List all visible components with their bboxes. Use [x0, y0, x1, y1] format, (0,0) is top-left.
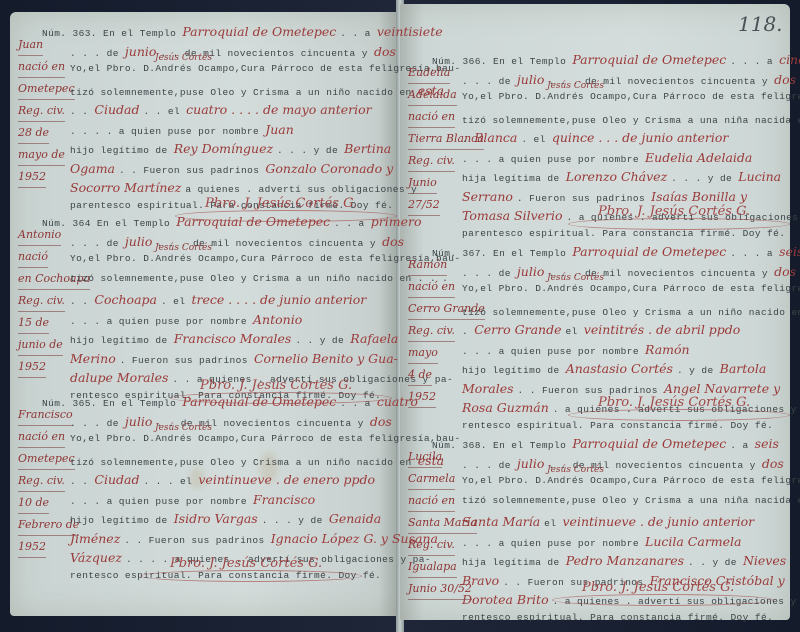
typed-text: hijo legítimo de	[462, 365, 566, 376]
entry-line: . Cerro Grande el veintitrés . de abril …	[462, 322, 740, 337]
entry-line: Yo,el Pbro. D.Andrés Ocampo,Cura Párroco…	[70, 253, 460, 264]
handwritten-field: Gonzalo Coronado y	[265, 161, 393, 176]
margin-note: 1952	[18, 356, 46, 378]
entry-line: tizó solemnemente,puse Oleo y Crisma a u…	[462, 303, 800, 318]
priest-signature: Pbro. J. Jesús Cortés G.	[200, 378, 352, 393]
entry-line: . . . de julio . . . de mil novecientos …	[462, 264, 796, 279]
margin-note: nació	[18, 246, 48, 268]
entry-line: . . . a quien puse por nombre Lucila Car…	[462, 534, 742, 549]
margin-note: Ometepec	[18, 78, 75, 100]
margin-note: Reg. civ.	[18, 100, 65, 122]
typed-text: . . . a quien puse por nombre	[462, 346, 645, 357]
page-number: 118.	[738, 12, 783, 36]
handwritten-field: julio	[517, 264, 548, 279]
margin-notes: EudeliaAdelaidanació enTierra BlancaReg.…	[408, 62, 470, 216]
typed-text: . y de	[677, 365, 720, 376]
entry-line: Yo,el Pbro. D.Andrés Ocampo,Cura Párroco…	[462, 283, 800, 294]
typed-text: Yo,el Pbro. D.Andrés Ocampo,Cura Párroco…	[70, 253, 460, 264]
entry-line: Jiménez . . Fueron sus padrinos Ignacio …	[70, 531, 438, 546]
typed-text: . . . de	[70, 238, 125, 249]
entry-line: . . . de julio . . . de mil novecientos …	[70, 234, 404, 249]
priest-name-correction: Jesús Cortés	[547, 273, 604, 283]
handwritten-field: Antonio	[253, 312, 302, 327]
margin-note: mayo de	[18, 144, 65, 166]
typed-text: . . . a	[730, 56, 779, 67]
entry-line: Ogama . . Fueron sus padrinos Gonzalo Co…	[70, 161, 393, 176]
entry-line: Núm. 366. En el Templo Parroquial de Ome…	[432, 52, 800, 67]
handwritten-field: Tomasa Silverio	[462, 208, 567, 223]
typed-text: Núm. 363. En el Templo	[42, 28, 182, 39]
handwritten-field: seis	[779, 244, 800, 259]
handwritten-field: Ciudad	[94, 472, 143, 487]
handwritten-field: Parroquial de Ometepec	[572, 52, 730, 67]
handwritten-field: quince . . . de junio anterior	[552, 130, 729, 145]
typed-text: Yo,el Pbro. D.Andrés Ocampo,Cura Párroco…	[70, 433, 460, 444]
margin-note: Reg. civ.	[18, 470, 65, 492]
typed-text: a quienes . advertí sus obligaciones y	[185, 184, 417, 195]
handwritten-field: Blanca	[474, 130, 521, 145]
handwritten-field: trece . . . . de junio anterior	[191, 292, 366, 307]
typed-text: Yo,el Pbro. D.Andrés Ocampo,Cura Párroco…	[462, 475, 800, 486]
handwritten-field: Isidro Vargas	[174, 511, 262, 526]
margin-note: 15 de	[18, 312, 49, 334]
typed-text: . . Fueron sus padrinos	[518, 385, 664, 396]
handwritten-field: Juan	[265, 122, 294, 137]
margin-note: 4 de	[408, 364, 432, 386]
entry-line: tizó solemnemente,puse Oleo y Crisma a u…	[462, 111, 800, 126]
priest-signature: Pbro. J. Jesús Cortés G.	[170, 556, 322, 571]
handwritten-field: Dorotea Brito	[462, 592, 553, 607]
margin-note: Junio	[408, 172, 437, 194]
typed-text: . . . a quien puse por nombre	[70, 496, 253, 507]
typed-text: tizó solemnemente,puse Oleo y Crisma a u…	[70, 87, 418, 98]
typed-text: . el	[521, 134, 552, 145]
handwritten-field: Isaías Bonilla y	[651, 189, 747, 204]
handwritten-field: Serrano	[462, 189, 517, 204]
typed-text: . .	[70, 476, 94, 487]
margin-note: nació en	[18, 56, 65, 78]
margin-note: Carmela	[408, 468, 455, 490]
handwritten-field: Rafaela	[350, 331, 398, 346]
entry-line: hija legítima de Lorenzo Chávez . . . y …	[462, 169, 781, 184]
typed-text: rentesco espiritual. Para constancia fir…	[462, 420, 773, 431]
typed-text: hijo legítimo de	[70, 145, 174, 156]
typed-text: Núm. 368. En el Templo	[432, 440, 572, 451]
typed-text: . . a	[340, 28, 377, 39]
entry-line: rentesco espiritual. Para constancia fir…	[462, 612, 773, 623]
margin-note: Ometepec	[18, 448, 75, 470]
typed-text: .	[462, 134, 474, 145]
handwritten-field: Eudelia Adelaida	[645, 150, 752, 165]
margin-note: Adelaida	[408, 84, 457, 106]
handwritten-field: Ramón	[645, 342, 690, 357]
handwritten-field: Parroquial de Ometepec	[182, 24, 340, 39]
typed-text: . . . el	[143, 476, 198, 487]
entry-line: . . . de julio . . de mil novecientos ci…	[462, 456, 784, 471]
handwritten-field: Francisco	[253, 492, 315, 507]
handwritten-field: veintinueve . de junio anterior	[562, 514, 754, 529]
margin-notes: Ramónnació enCerro GrandeReg. civ.mayo4 …	[408, 254, 470, 408]
typed-text: rentesco espiritual. Para constancia fir…	[462, 612, 773, 623]
margin-note: 1952	[18, 536, 46, 558]
entry-line: tizó solemnemente,puse Oleo y Crisma a u…	[70, 453, 444, 468]
margin-note: 1952	[408, 386, 436, 408]
handwritten-field: julio	[517, 456, 548, 471]
entry-line: . . Ciudad . . . el veintinueve . de ene…	[70, 472, 375, 487]
typed-text: tizó solemnemente,puse Oleo y Crisma a u…	[70, 457, 418, 468]
priest-name-correction: Jesús Cortés	[155, 243, 212, 253]
handwritten-field: Jiménez	[70, 531, 124, 546]
margin-note: Reg. civ.	[408, 534, 455, 556]
typed-text: Yo,el Pbro. D.Andrés Ocampo,Cura Párroco…	[462, 283, 800, 294]
entry-line: . . . a quien puse por nombre Francisco	[70, 492, 315, 507]
margin-note: 27/52	[408, 194, 440, 216]
typed-text: . . . a	[730, 248, 779, 259]
typed-text: . a	[730, 440, 754, 451]
handwritten-field: dos	[374, 44, 396, 59]
typed-text: . . . de	[462, 268, 517, 279]
handwritten-field: Morales	[462, 381, 518, 396]
typed-text: . . . de	[70, 418, 125, 429]
entry-line: Santa María el veintinueve . de junio an…	[462, 514, 754, 529]
entry-line: Yo,el Pbro. D.Andrés Ocampo,Cura Párroco…	[462, 91, 800, 102]
margin-note: Reg. civ.	[408, 150, 455, 172]
entry-line: Merino . Fueron sus padrinos Cornelio Be…	[70, 351, 398, 366]
priest-name-correction: Jesús Cortés	[547, 81, 604, 91]
handwritten-field: Genaida	[329, 511, 381, 526]
margin-note: nació en	[408, 490, 455, 512]
handwritten-field: Francisco Morales	[174, 331, 296, 346]
priest-name-correction: Jesús Cortés	[155, 423, 212, 433]
handwritten-field: Lucila Carmela	[645, 534, 741, 549]
margin-note: Igualapa	[408, 556, 457, 578]
handwritten-field: Cornelio Benito y Gua-	[254, 351, 398, 366]
entry-line: hija legítima de Pedro Manzanares . . y …	[462, 553, 786, 568]
entry-line: . . . de junio . . de mil novecientos ci…	[70, 44, 396, 59]
typed-text: tizó solemnemente,puse Oleo y Crisma a u…	[462, 495, 800, 506]
handwritten-field: Bartola	[720, 361, 767, 376]
typed-text: . . el	[143, 106, 186, 117]
entry-line: Núm. 367. En el Templo Parroquial de Ome…	[432, 244, 800, 259]
entry-line: Morales . . Fueron sus padrinos Angel Na…	[462, 381, 780, 396]
handwritten-field: Socorro Martínez	[70, 180, 185, 195]
margin-note: 10 de	[18, 492, 49, 514]
typed-text: . . . y de	[262, 515, 329, 526]
handwritten-field: Rey Domínguez	[174, 141, 277, 156]
handwritten-field: julio	[125, 414, 156, 429]
handwritten-field: seis	[755, 436, 779, 451]
entry-line: hijo legítimo de Rey Domínguez . . . y d…	[70, 141, 391, 156]
typed-text: . . . de	[70, 48, 125, 59]
entry-line: tizó solemnemente,puse Oleo y Crisma a u…	[70, 83, 444, 98]
typed-text: Núm. 367. En el Templo	[432, 248, 572, 259]
entry-line: rentesco espiritual. Para constancia fir…	[462, 420, 773, 431]
typed-text: . . . a quien puse por nombre	[462, 154, 645, 165]
handwritten-field: Rosa Guzmán	[462, 400, 553, 415]
margin-note: 1952	[18, 166, 46, 188]
handwritten-field: Ciudad	[94, 102, 143, 117]
entry-line: . . Cochoapa . el trece . . . . de junio…	[70, 292, 366, 307]
typed-text: . el	[161, 296, 192, 307]
entry-line: Yo,el Pbro. D.Andrés Ocampo,Cura Párroco…	[462, 475, 800, 486]
priest-signature: Pbro. J. Jesús Cortés G.	[598, 395, 750, 410]
typed-text: Yo,el Pbro. D.Andrés Ocampo,Cura Párroco…	[70, 63, 460, 74]
entry-line: . Blanca . el quince . . . de junio ante…	[462, 130, 728, 145]
margin-note: nació en	[408, 106, 455, 128]
handwritten-field: veintinueve . de enero ppdo	[198, 472, 375, 487]
priest-name-correction: Jesús Cortés	[155, 53, 212, 63]
entry-line: . . Ciudad . . el cuatro . . . . de mayo…	[70, 102, 372, 117]
typed-text: tizó solemnemente,puse Oleo y Crisma a u…	[462, 115, 800, 126]
typed-text: . . . a quien puse por nombre	[462, 538, 645, 549]
typed-text: hija legítima de	[462, 173, 566, 184]
entry-line: tizó solemnemente,puse Oleo y Crisma a u…	[70, 273, 448, 284]
handwritten-field: dos	[370, 414, 392, 429]
typed-text: Núm. 366. En el Templo	[432, 56, 572, 67]
typed-text: hijo legítimo de	[70, 335, 174, 346]
priest-signature: Pbro. J. Jesús Cortés G.	[582, 580, 734, 595]
handwritten-field: dos	[774, 264, 796, 279]
handwritten-field: dos	[762, 456, 784, 471]
entry-line: Socorro Martínez a quienes . advertí sus…	[70, 180, 417, 195]
entry-line: Núm. 363. En el Templo Parroquial de Ome…	[42, 24, 443, 39]
typed-text: . . . de	[462, 460, 517, 471]
entry-line: . . . de julio . . de mil novecientos ci…	[70, 414, 392, 429]
typed-text: . Fueron sus padrinos	[120, 355, 254, 366]
margin-note: Reg. civ.	[18, 290, 65, 312]
handwritten-field: Ogama	[70, 161, 119, 176]
margin-notes: LucilaCarmelanació enSanta MaríaReg. civ…	[408, 446, 470, 600]
handwritten-field: Pedro Manzanares	[566, 553, 688, 568]
entry-line: hijo legítimo de Francisco Morales . . y…	[70, 331, 398, 346]
entry-line: hijo legítimo de Isidro Vargas . . . y d…	[70, 511, 381, 526]
handwritten-field: dos	[382, 234, 404, 249]
handwritten-field: Anastasio Cortés	[566, 361, 677, 376]
handwritten-field: Bravo	[462, 573, 503, 588]
margin-note: nació en	[18, 426, 65, 448]
typed-text: . . . . a quien puse por nombre	[70, 126, 265, 137]
handwritten-field: Nieves	[743, 553, 786, 568]
handwritten-field: cuatro . . . . de mayo anterior	[186, 102, 371, 117]
handwritten-field: Parroquial de Ometepec	[572, 436, 730, 451]
typed-text: el	[565, 326, 583, 337]
entry-line: tizó solemnemente,puse Oleo y Crisma a u…	[462, 495, 800, 506]
typed-text: . . . a quien puse por nombre	[70, 316, 253, 327]
entry-line: Núm. 368. En el Templo Parroquial de Ome…	[432, 436, 779, 451]
entry-line: Yo,el Pbro. D.Andrés Ocampo,Cura Párroco…	[70, 433, 460, 444]
handwritten-field: dalupe Morales	[70, 370, 172, 385]
entry-line: Yo,el Pbro. D.Andrés Ocampo,Cura Párroco…	[70, 63, 460, 74]
margin-note: Juan	[18, 34, 43, 56]
typed-text: . .	[70, 296, 94, 307]
priest-name-correction: Jesús Cortés	[547, 465, 604, 475]
entry-line: . . . . a quien puse por nombre Juan	[70, 122, 294, 137]
typed-text: . . Fueron sus padrinos	[124, 535, 270, 546]
handwritten-field: dos	[774, 72, 796, 87]
margin-note: mayo	[408, 342, 438, 364]
priest-signature: Pbro. J. Jesús Cortés G.	[598, 204, 750, 219]
handwritten-field: Lorenzo Chávez	[566, 169, 671, 184]
entry-line: . . . de julio . . . de mil novecientos …	[462, 72, 796, 87]
handwritten-field: Cochoapa	[94, 292, 161, 307]
typed-text: . Fueron sus padrinos	[517, 193, 651, 204]
typed-text: hijo legítimo de	[70, 515, 174, 526]
entry-line: . . . a quien puse por nombre Eudelia Ad…	[462, 150, 752, 165]
handwritten-field: Lucina	[738, 169, 781, 184]
typed-text: . . . de	[462, 76, 517, 87]
typed-text: . . . y de	[277, 145, 344, 156]
typed-text: tizó solemnemente,puse Oleo y Crisma a u…	[462, 307, 800, 318]
handwritten-field: julio	[125, 234, 156, 249]
margin-note: nació en	[408, 276, 455, 298]
handwritten-field: Santa María	[462, 514, 544, 529]
typed-text: .	[462, 326, 474, 337]
handwritten-field: Vázquez	[70, 550, 126, 565]
typed-text: . . . y de	[671, 173, 738, 184]
entry-line: . . . a quien puse por nombre Ramón	[462, 342, 690, 357]
typed-text: . . y de	[295, 335, 350, 346]
typed-text: Núm. 365. En el Templo	[42, 398, 182, 409]
typed-text: hija legítima de	[462, 557, 566, 568]
typed-text: tizó solemnemente,puse Oleo y Crisma a u…	[70, 273, 448, 284]
handwritten-field: veintitrés . de abril ppdo	[584, 322, 741, 337]
handwritten-field: julio	[517, 72, 548, 87]
typed-text: . .	[70, 106, 94, 117]
margin-note: Reg. civ.	[408, 320, 455, 342]
handwritten-field: Parroquial de Ometepec	[572, 244, 730, 259]
entry-line: Serrano . Fueron sus padrinos Isaías Bon…	[462, 189, 747, 204]
priest-signature: Pbro. J. Jesús Cortés G.	[205, 196, 357, 211]
handwritten-field: Merino	[70, 351, 120, 366]
typed-text: . . y de	[688, 557, 743, 568]
entry-line: . . . a quien puse por nombre Antonio	[70, 312, 302, 327]
handwritten-field: Cerro Grande	[474, 322, 565, 337]
handwritten-field: cinco	[779, 52, 800, 67]
typed-text: el	[544, 518, 562, 529]
entry-line: hijo legítimo de Anastasio Cortés . y de…	[462, 361, 766, 376]
margin-note: 28 de	[18, 122, 49, 144]
handwritten-field: Bertina	[344, 141, 391, 156]
handwritten-field: Angel Navarrete y	[664, 381, 780, 396]
typed-text: Yo,el Pbro. D.Andrés Ocampo,Cura Párroco…	[462, 91, 800, 102]
margin-note: junio de	[18, 334, 63, 356]
typed-text: Núm. 364 En el Templo	[42, 218, 176, 229]
typed-text: . . Fueron sus padrinos	[119, 165, 265, 176]
handwritten-field: veintisiete	[377, 24, 443, 39]
